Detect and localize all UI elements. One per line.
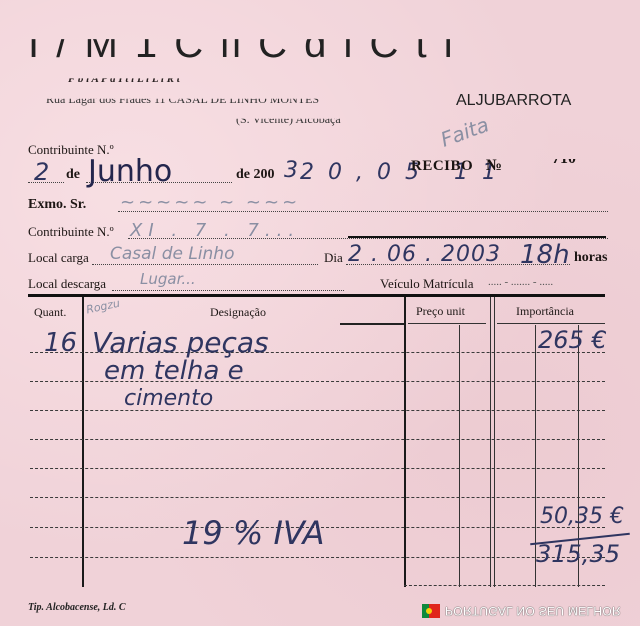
company-name: I / M 1 C ll C d i C t i xyxy=(28,22,456,67)
col-header-preco: Preço unit xyxy=(416,304,465,319)
margin-note: Faita xyxy=(437,112,492,151)
watermark: PORTUGAL NO SEU MELHOR xyxy=(445,604,621,618)
col-divider xyxy=(404,297,406,587)
col-divider xyxy=(82,297,84,587)
local-carga-line xyxy=(92,264,318,265)
local-carga-label: Local carga xyxy=(28,250,89,266)
iva-amount: 50,35 € xyxy=(540,504,624,529)
recibo-number: 710 xyxy=(552,150,576,168)
row-1-quant: 16 xyxy=(44,328,77,358)
table-row-line xyxy=(30,468,605,469)
horas-label: horas xyxy=(574,250,607,266)
company-parish: (S. Vicente) Alcobaça xyxy=(236,112,341,127)
row-1-designacao: Varias peças xyxy=(92,326,269,359)
header-underline xyxy=(497,323,605,324)
veiculo-label: Veículo Matrícula xyxy=(380,276,474,292)
hora-value: 18h xyxy=(520,240,570,270)
company-address: Rua Lagar dos Frades 11 CASAL DE LINHO M… xyxy=(46,92,319,107)
recibo-label: RECIBO xyxy=(411,158,473,175)
side-note: Rogzu xyxy=(85,297,121,317)
iva-label: 19 % IVA xyxy=(182,514,325,552)
day-value: 2 xyxy=(34,158,49,186)
col-divider-double xyxy=(494,297,495,587)
numero-symbol: № xyxy=(486,157,502,175)
table-row-line xyxy=(30,497,605,498)
printer-credit: Tip. Alcobacense, Ld. C xyxy=(28,602,126,613)
receipt-paper: I / M 1 C ll C d i C t i F b i A P d I t… xyxy=(0,0,640,626)
customer-contribuinte-label: Contribuinte N.º xyxy=(28,224,114,240)
dia-label: Dia xyxy=(324,250,343,266)
col-header-quant: Quant. xyxy=(34,305,66,320)
exmo-label: Exmo. Sr. xyxy=(28,197,86,213)
row-3-designacao: cimento xyxy=(124,386,213,411)
table-row-line xyxy=(30,439,605,440)
local-carga-value: Casal de Linho xyxy=(110,244,235,264)
col-subdivider xyxy=(459,325,460,587)
customer-contribuinte-value: XI . 7 . 7... xyxy=(130,220,300,241)
year-prefix-label: de 200 xyxy=(236,167,275,183)
dia-value: 2 . 06 . 2003 xyxy=(348,242,501,267)
de-label: de xyxy=(66,167,80,183)
table-row-line xyxy=(30,410,605,411)
table-row-line xyxy=(30,557,605,558)
customer-name-value: ~~~~~ ~ ~~~ xyxy=(120,192,300,213)
header-underline xyxy=(408,323,486,324)
local-descarga-value: Lugar... xyxy=(140,270,196,288)
col-divider-double xyxy=(490,297,491,587)
company-town: ALJUBARROTA xyxy=(456,92,571,110)
total-amount: 315,35 xyxy=(536,540,620,568)
month-value: Junho xyxy=(88,154,172,189)
row-2-designacao: em telha e xyxy=(104,356,244,386)
col-header-designacao: Designação xyxy=(210,305,266,320)
header-underline xyxy=(340,323,404,325)
row-1-importancia: 265 € xyxy=(538,326,607,354)
handwritten-amount-note: 20,05 11 xyxy=(300,160,510,185)
local-descarga-label: Local descarga xyxy=(28,276,106,292)
local-descarga-line xyxy=(112,290,344,291)
veiculo-value: ..... - ....... - ..... xyxy=(488,276,553,288)
separator-line xyxy=(348,236,606,238)
table-row-line xyxy=(404,585,605,586)
portugal-flag-icon xyxy=(422,604,440,618)
year-suffix-value: 3 xyxy=(284,158,298,183)
company-subtitle: F b i A P d I t i L i L i R t xyxy=(68,73,180,85)
col-header-importancia: Importância xyxy=(516,304,574,319)
